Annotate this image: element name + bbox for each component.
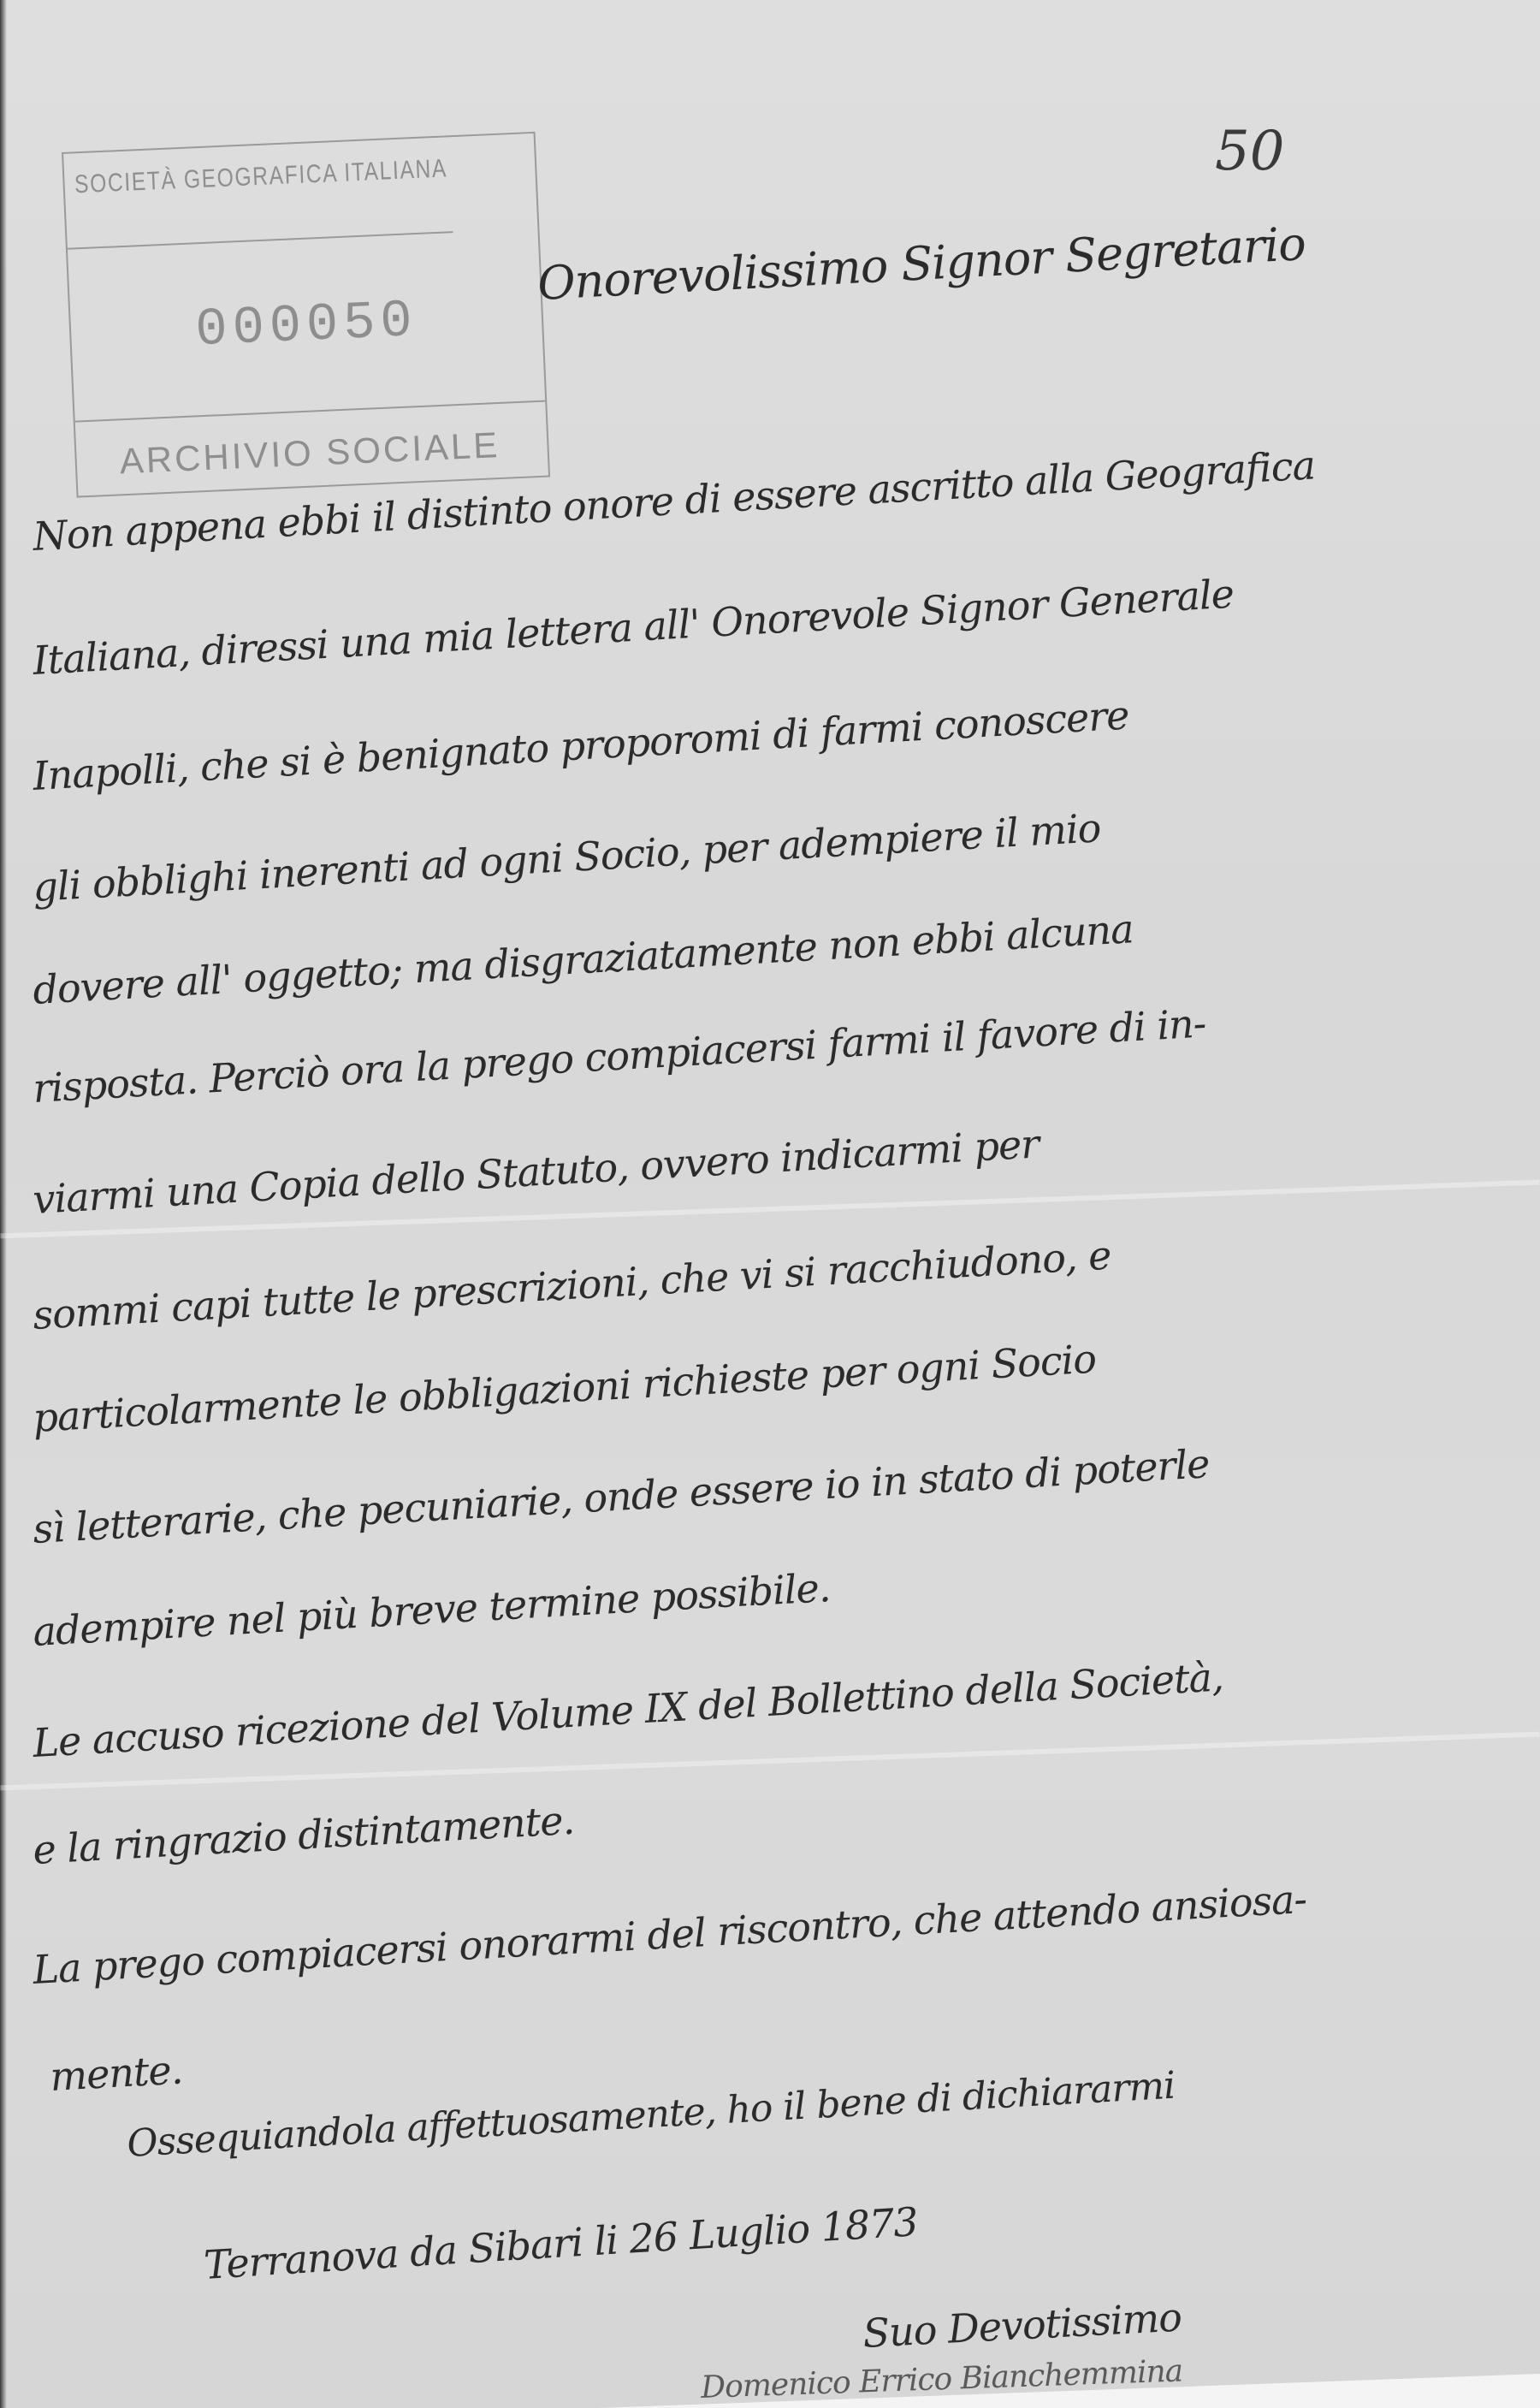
body-line: adempire nel più breve termine possibile… bbox=[32, 1564, 832, 1655]
body-line: particolarmente le obbligazioni richiest… bbox=[32, 1336, 1097, 1441]
letter-page: SOCIETÀ GEOGRAFICA ITALIANA 000050 ARCHI… bbox=[0, 0, 1540, 2408]
stamp-number: 000050 bbox=[68, 229, 545, 423]
page-number: 50 bbox=[1215, 120, 1284, 183]
body-line: risposta. Perciò ora la prego compiacers… bbox=[32, 999, 1207, 1112]
place-date: Terranova da Sibari li 26 Luglio 1873 bbox=[203, 2198, 919, 2288]
body-line: e la ringrazio distintamente. bbox=[32, 1797, 575, 1873]
body-line: sommi capi tutte le prescrizioni, che vi… bbox=[32, 1232, 1112, 1338]
valediction: Suo Devotissimo bbox=[862, 2294, 1182, 2357]
body-line: mente. bbox=[49, 2046, 184, 2100]
body-line: Inapolli, che si è benignato proporomi d… bbox=[32, 691, 1130, 799]
body-line: sì letterarie, che pecuniarie, onde esse… bbox=[32, 1440, 1211, 1552]
body-line: La prego compiacersi onorarmi del riscon… bbox=[32, 1876, 1307, 1993]
archive-stamp: SOCIETÀ GEOGRAFICA ITALIANA 000050 ARCHI… bbox=[62, 132, 550, 498]
page-left-edge-shadow bbox=[0, 0, 7, 2408]
body-line: gli obblighi inerenti ad ogni Socio, per… bbox=[32, 804, 1102, 910]
salutation: Onorevolissimo Signor Segretario bbox=[536, 216, 1306, 311]
closing-line: Ossequiandola affettuosamente, ho il ben… bbox=[126, 2064, 1176, 2166]
stamp-header: SOCIETÀ GEOGRAFICA ITALIANA bbox=[63, 137, 453, 250]
body-line: Italiana, diressi una mia lettera all' O… bbox=[32, 571, 1235, 684]
body-line: dovere all' oggetto; ma disgraziatamente… bbox=[32, 905, 1134, 1013]
